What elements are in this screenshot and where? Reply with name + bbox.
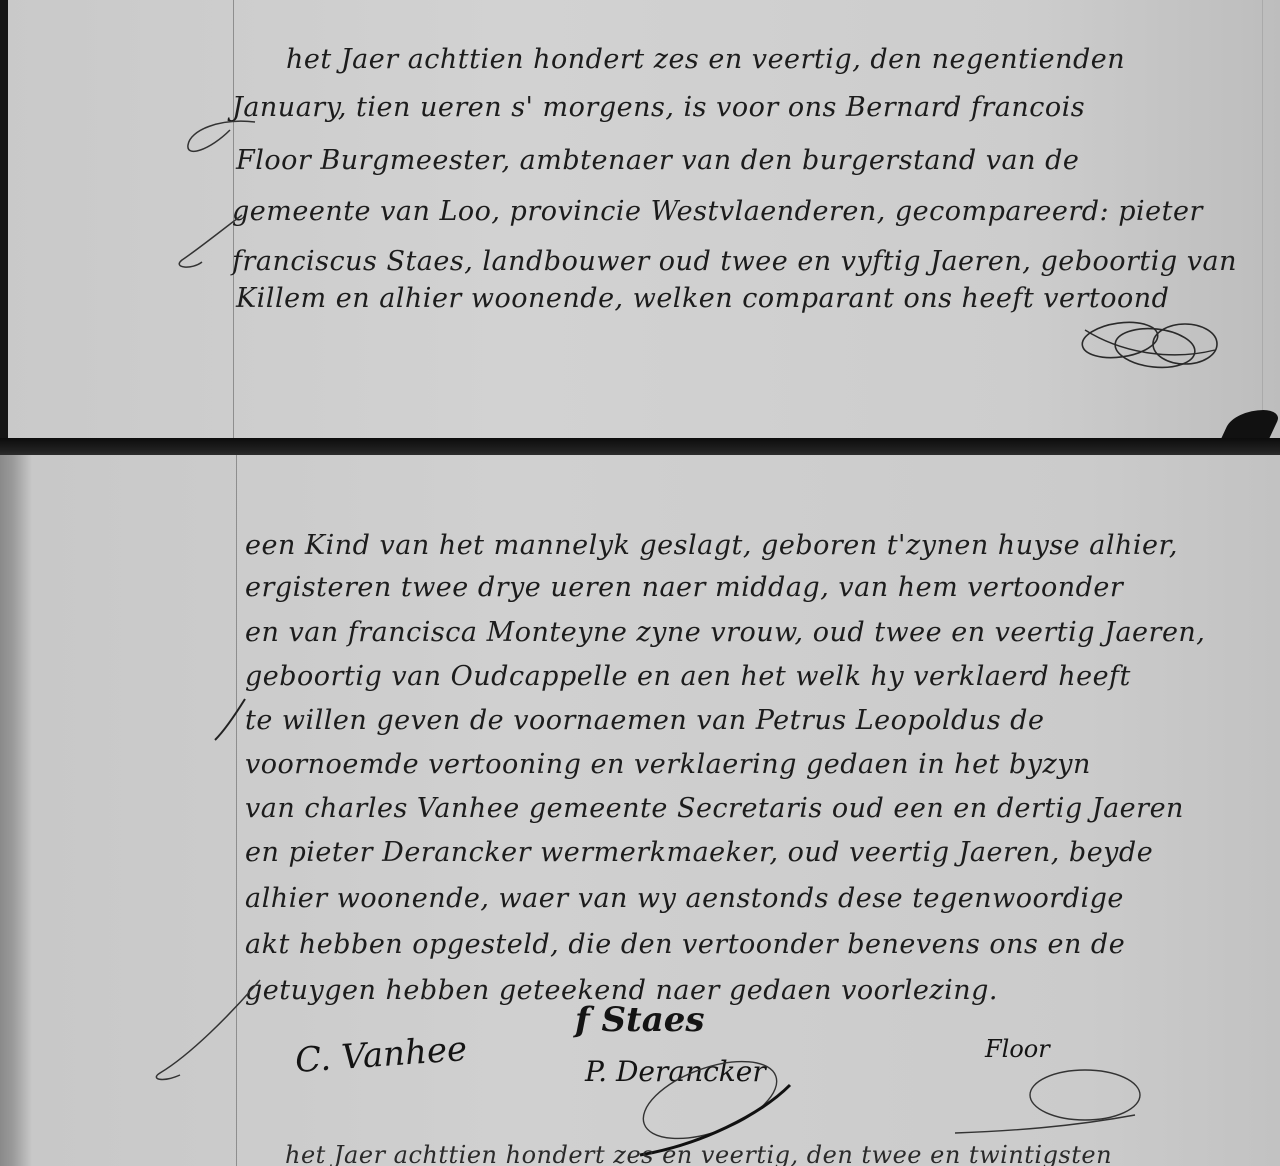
handwritten-line: het Jaer achttien hondert zes en veertig… (286, 44, 1125, 75)
signature-floor: Floor (985, 1035, 1050, 1063)
handwritten-line: franciscus Staes, landbouwer oud twee en… (232, 246, 1237, 277)
margin-flourish-icon (180, 110, 260, 160)
cut-off-next-entry-line: het Jaer achttien hondert zes en veertig… (285, 1141, 1112, 1166)
paragraph-end-flourish-icon (1075, 310, 1225, 390)
signature-vanhee: C. Vanhee (294, 1029, 469, 1081)
signature-flourish-icon (950, 1065, 1150, 1145)
register-page-top: het Jaer achttien hondert zes en veertig… (0, 0, 1280, 442)
register-page-bottom: een Kind van het mannelyk geslagt, gebor… (0, 455, 1280, 1166)
handwritten-line: geboortig van Oudcappelle en aen het wel… (245, 661, 1131, 692)
handwritten-line: te willen geven de voornaemen van Petrus… (245, 705, 1044, 736)
right-edge-rule (1262, 0, 1263, 442)
handwritten-line: een Kind van het mannelyk geslagt, gebor… (245, 530, 1178, 561)
signature-staes: f Staes (575, 1000, 705, 1040)
handwritten-line: akt hebben opgesteld, die den vertoonder… (245, 929, 1125, 960)
handwritten-line: van charles Vanhee gemeente Secretaris o… (245, 793, 1184, 824)
handwritten-line: January, tien ueren s' morgens, is voor … (232, 92, 1085, 123)
margin-flourish-icon (210, 695, 250, 745)
handwritten-line: voornoemde vertooning en verklaering ged… (245, 749, 1091, 780)
margin-flourish-icon (150, 975, 270, 1085)
handwritten-line: ergisteren twee drye ueren naer middag, … (245, 572, 1123, 603)
handwritten-line: alhier woonende, waer van wy aenstonds d… (245, 883, 1124, 914)
handwritten-line: gemeente van Loo, provincie Westvlaender… (232, 196, 1203, 227)
handwritten-line: en pieter Derancker wermerkmaeker, oud v… (245, 837, 1153, 868)
handwritten-line: Killem en alhier woonende, welken compar… (236, 283, 1169, 314)
ink-blot (1221, 410, 1280, 438)
handwritten-line: en van francisca Monteyne zyne vrouw, ou… (245, 617, 1205, 648)
margin-flourish-icon (172, 210, 252, 270)
handwritten-line: Floor Burgmeester, ambtenaer van den bur… (236, 145, 1079, 176)
